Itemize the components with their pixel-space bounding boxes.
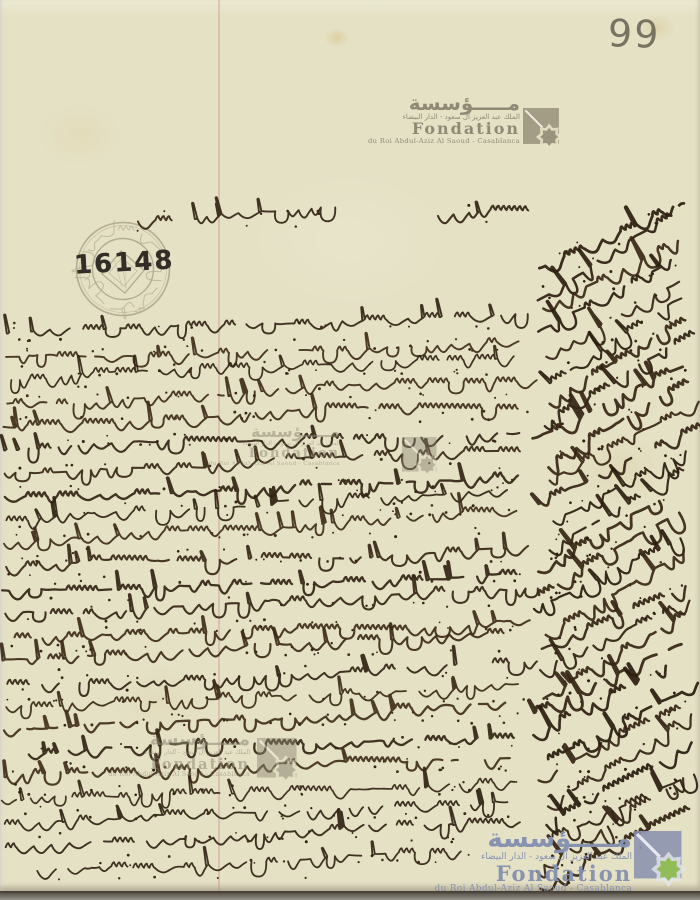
diacritic-dot xyxy=(409,513,412,516)
diacritic-dot xyxy=(347,653,350,656)
diacritic-dot xyxy=(503,722,506,725)
diacritic-dot xyxy=(168,855,171,858)
diacritic-dot xyxy=(184,434,186,436)
diacritic-dot xyxy=(566,520,569,523)
diacritic-dot xyxy=(110,558,112,560)
diacritic-dot xyxy=(76,809,79,812)
diacritic-dot xyxy=(454,786,456,788)
diacritic-dot xyxy=(158,369,161,372)
diacritic-dot xyxy=(638,447,641,450)
diacritic-dot xyxy=(18,791,21,794)
diacritic-dot xyxy=(639,597,642,600)
diacritic-dot xyxy=(80,580,82,582)
diacritic-dot xyxy=(326,560,329,563)
diacritic-dot xyxy=(249,620,251,622)
diacritic-dot xyxy=(313,584,315,586)
diacritic-dot xyxy=(617,242,620,245)
diacritic-dot xyxy=(445,672,447,674)
diacritic-dot xyxy=(18,467,21,470)
diacritic-dot xyxy=(243,806,246,809)
diacritic-dot xyxy=(414,490,417,493)
diacritic-dot xyxy=(7,573,10,576)
diacritic-dot xyxy=(492,700,495,703)
diacritic-dot xyxy=(58,668,61,671)
diacritic-dot xyxy=(38,396,40,398)
diacritic-dot xyxy=(663,499,665,501)
diacritic-dot xyxy=(421,719,424,722)
diacritic-dot xyxy=(311,648,314,651)
diacritic-dot xyxy=(618,797,621,800)
diacritic-dot xyxy=(293,338,296,341)
diacritic-dot xyxy=(163,487,166,490)
diacritic-dot xyxy=(188,370,191,373)
diacritic-dot xyxy=(205,696,208,699)
diacritic-dot xyxy=(597,485,600,488)
diacritic-dot xyxy=(158,326,160,328)
diacritic-dot xyxy=(59,652,61,654)
diacritic-dot xyxy=(670,377,674,381)
diacritic-dot xyxy=(393,502,396,505)
diacritic-dot xyxy=(181,505,183,507)
diacritic-dot xyxy=(447,627,449,629)
diacritic-dot xyxy=(306,583,309,586)
diacritic-dot xyxy=(270,419,272,421)
diacritic-dot xyxy=(225,438,228,441)
diacritic-dot xyxy=(431,580,434,583)
diacritic-dot xyxy=(615,541,618,544)
handwritten-line xyxy=(6,807,520,854)
diacritic-dot xyxy=(143,719,145,721)
diacritic-dot xyxy=(463,812,466,815)
diacritic-dot xyxy=(98,374,101,377)
diacritic-dot xyxy=(653,502,657,506)
diacritic-dot xyxy=(669,588,672,591)
diacritic-dot xyxy=(422,602,425,605)
diacritic-dot xyxy=(92,350,94,352)
diacritic-dot xyxy=(300,433,302,435)
diacritic-dot xyxy=(642,742,645,745)
diacritic-dot xyxy=(320,326,323,329)
diacritic-dot xyxy=(582,795,586,799)
diacritic-dot xyxy=(639,846,642,849)
diacritic-dot xyxy=(217,877,219,879)
diacritic-dot xyxy=(135,817,138,820)
diacritic-dot xyxy=(122,700,125,703)
diacritic-dot xyxy=(12,770,14,772)
diacritic-dot xyxy=(90,606,92,608)
diacritic-dot xyxy=(451,789,453,791)
diacritic-dot xyxy=(468,348,471,351)
diacritic-dot xyxy=(408,387,410,389)
diacritic-dot xyxy=(485,628,488,631)
diacritic-dot xyxy=(496,206,498,208)
diacritic-dot xyxy=(401,736,404,739)
diacritic-dot xyxy=(471,349,473,351)
diacritic-dot xyxy=(267,836,269,838)
diacritic-dot xyxy=(229,394,231,396)
diacritic-dot xyxy=(547,875,550,878)
diacritic-dot xyxy=(263,361,265,363)
diacritic-dot xyxy=(26,348,28,350)
diacritic-dot xyxy=(238,675,241,678)
paper-sheet: مـــــؤسسة الملك عبد العزيز آل سعود - ال… xyxy=(0,0,700,891)
diacritic-dot xyxy=(27,618,29,620)
diacritic-dot xyxy=(235,501,238,504)
diacritic-dot xyxy=(173,363,176,366)
diacritic-dot xyxy=(589,810,593,814)
diacritic-dot xyxy=(77,386,79,388)
diacritic-dot xyxy=(428,513,431,516)
diacritic-dot xyxy=(581,500,583,502)
diacritic-dot xyxy=(443,700,445,702)
diacritic-dot xyxy=(491,489,493,491)
diacritic-dot xyxy=(467,204,470,207)
diacritic-dot xyxy=(194,622,196,624)
diacritic-dot xyxy=(338,479,340,481)
handwriting-layer xyxy=(0,0,700,891)
diacritic-dot xyxy=(435,861,437,863)
diacritic-dot xyxy=(643,525,646,528)
diacritic-dot xyxy=(209,836,212,839)
diacritic-dot xyxy=(315,369,317,371)
diacritic-dot xyxy=(669,786,673,790)
diacritic-dot xyxy=(578,305,581,308)
diacritic-dot xyxy=(431,715,433,717)
diacritic-dot xyxy=(245,581,247,583)
diacritic-dot xyxy=(322,723,325,726)
diacritic-dot xyxy=(38,836,41,839)
diacritic-dot xyxy=(331,642,333,644)
diacritic-dot xyxy=(28,698,31,701)
diacritic-dot xyxy=(409,345,412,348)
diacritic-dot xyxy=(245,412,248,415)
diacritic-dot xyxy=(411,839,413,841)
diacritic-dot xyxy=(121,417,124,420)
diacritic-dot xyxy=(58,878,60,880)
diacritic-dot xyxy=(129,864,131,866)
diacritic-dot xyxy=(456,372,458,374)
diacritic-dot xyxy=(373,816,376,819)
diacritic-dot xyxy=(327,714,329,716)
handwritten-line xyxy=(530,183,698,277)
diacritic-dot xyxy=(228,596,230,598)
diacritic-dot xyxy=(456,369,458,371)
diacritic-dot xyxy=(396,347,398,349)
diacritic-dot xyxy=(283,860,285,862)
diacritic-dot xyxy=(13,322,16,325)
diacritic-dot xyxy=(499,467,501,469)
diacritic-dot xyxy=(263,558,265,560)
diacritic-dot xyxy=(50,597,53,600)
diacritic-dot xyxy=(145,646,147,648)
diacritic-dot xyxy=(380,458,383,461)
diacritic-dot xyxy=(442,675,444,677)
diacritic-dot xyxy=(282,818,284,820)
diacritic-dot xyxy=(211,532,214,535)
diacritic-dot xyxy=(684,700,687,703)
diacritic-dot xyxy=(413,602,415,604)
diacritic-dot xyxy=(557,867,559,869)
diacritic-dot xyxy=(578,668,580,670)
diacritic-dot xyxy=(149,744,151,746)
diacritic-dot xyxy=(506,677,508,679)
diacritic-dot xyxy=(558,732,560,734)
diacritic-dot xyxy=(65,559,67,561)
diacritic-dot xyxy=(81,538,83,540)
diacritic-dot xyxy=(468,854,470,856)
diacritic-dot xyxy=(472,504,475,507)
diacritic-dot xyxy=(248,443,251,446)
diacritic-dot xyxy=(342,514,344,516)
diacritic-dot xyxy=(332,602,335,605)
diacritic-dot xyxy=(235,392,238,395)
diacritic-dot xyxy=(442,412,444,414)
diacritic-dot xyxy=(468,789,471,792)
diacritic-dot xyxy=(82,645,85,648)
diacritic-dot xyxy=(139,535,141,537)
diacritic-dot xyxy=(181,715,183,717)
diacritic-dot xyxy=(226,514,228,516)
diacritic-dot xyxy=(673,792,677,796)
diacritic-dot xyxy=(233,745,236,748)
handwritten-line xyxy=(543,754,700,852)
diacritic-dot xyxy=(318,387,321,390)
diacritic-dot xyxy=(471,418,474,421)
diacritic-dot xyxy=(679,454,682,457)
diacritic-dot xyxy=(156,440,159,443)
handwritten-line xyxy=(543,378,696,477)
diacritic-dot xyxy=(59,832,62,835)
handwritten-line xyxy=(4,394,518,432)
diacritic-dot xyxy=(347,817,349,819)
diacritic-dot xyxy=(310,807,312,809)
stamp-legend-text xyxy=(118,226,134,230)
diacritic-dot xyxy=(474,527,476,529)
diacritic-dot xyxy=(372,604,375,607)
handwritten-line xyxy=(29,724,514,760)
diacritic-dot xyxy=(304,665,307,668)
diacritic-dot xyxy=(356,490,358,492)
diacritic-dot xyxy=(134,794,137,797)
diacritic-dot xyxy=(266,512,268,514)
diacritic-dot xyxy=(24,812,27,815)
diacritic-dot xyxy=(250,859,253,862)
diacritic-dot xyxy=(254,862,256,864)
diacritic-dot xyxy=(288,369,290,371)
diacritic-dot xyxy=(284,804,286,806)
diacritic-dot xyxy=(153,876,156,879)
diacritic-dot xyxy=(381,859,384,862)
diacritic-dot xyxy=(82,440,85,443)
diacritic-dot xyxy=(218,536,220,538)
diacritic-dot xyxy=(588,553,591,556)
handwritten-line xyxy=(192,197,335,223)
diacritic-dot xyxy=(171,713,173,715)
diacritic-dot xyxy=(78,573,81,576)
diacritic-dot xyxy=(127,675,129,677)
diacritic-dot xyxy=(664,454,668,458)
handwritten-line xyxy=(4,695,505,737)
diacritic-dot xyxy=(198,840,201,843)
scanner-bed-strip xyxy=(0,891,700,900)
diacritic-dot xyxy=(475,325,477,327)
diacritic-dot xyxy=(515,840,518,843)
diacritic-dot xyxy=(105,626,108,629)
diacritic-dot xyxy=(680,584,683,587)
diacritic-dot xyxy=(485,221,487,223)
diacritic-dot xyxy=(570,844,573,847)
diacritic-dot xyxy=(25,416,28,419)
diacritic-dot xyxy=(253,394,256,397)
diacritic-dot xyxy=(13,327,15,329)
diacritic-dot xyxy=(610,547,613,550)
diacritic-dot xyxy=(676,727,679,730)
diacritic-dot xyxy=(406,758,408,760)
diacritic-dot xyxy=(178,714,180,716)
manuscript-scan-page: مـــــؤسسة الملك عبد العزيز آل سعود - ال… xyxy=(0,0,700,900)
diacritic-dot xyxy=(281,815,283,817)
diacritic-dot xyxy=(209,465,211,467)
diacritic-dot xyxy=(40,650,43,653)
diacritic-dot xyxy=(299,559,302,562)
diacritic-dot xyxy=(162,698,164,700)
diacritic-dot xyxy=(124,502,126,504)
diacritic-dot xyxy=(496,486,498,488)
diacritic-dot xyxy=(337,747,339,749)
diacritic-dot xyxy=(205,583,208,586)
diacritic-dot xyxy=(506,394,508,396)
diacritic-dot xyxy=(560,864,563,867)
diacritic-dot xyxy=(396,770,399,773)
diacritic-dot xyxy=(318,212,321,215)
diacritic-dot xyxy=(77,488,79,490)
diacritic-dot xyxy=(457,720,460,723)
diacritic-dot xyxy=(605,361,609,365)
diacritic-dot xyxy=(201,789,203,791)
diacritic-dot xyxy=(517,712,519,714)
diacritic-dot xyxy=(498,650,501,653)
diacritic-dot xyxy=(72,552,74,554)
diacritic-dot xyxy=(316,467,318,469)
diacritic-dot xyxy=(125,653,127,655)
diacritic-dot xyxy=(507,815,510,818)
handwritten-line xyxy=(6,333,519,367)
diacritic-dot xyxy=(368,417,370,419)
diacritic-dot xyxy=(512,626,514,628)
diacritic-dot xyxy=(396,859,398,861)
diacritic-dot xyxy=(558,533,560,535)
diacritic-dot xyxy=(118,785,120,787)
diacritic-dot xyxy=(458,746,460,748)
diacritic-dot xyxy=(223,548,225,550)
diacritic-dot xyxy=(625,514,629,518)
diacritic-dot xyxy=(18,338,21,341)
diacritic-dot xyxy=(284,654,287,657)
diacritic-dot xyxy=(522,698,525,701)
diacritic-dot xyxy=(659,348,663,352)
handwritten-line xyxy=(438,202,528,224)
diacritic-dot xyxy=(104,463,106,465)
diacritic-dot xyxy=(189,444,191,446)
diacritic-dot xyxy=(584,852,588,856)
diacritic-dot xyxy=(485,373,488,376)
diacritic-dot xyxy=(449,442,451,444)
diacritic-dot xyxy=(118,877,120,879)
diacritic-dot xyxy=(343,339,345,341)
diacritic-dot xyxy=(183,339,185,341)
diacritic-dot xyxy=(586,554,589,557)
diacritic-dot xyxy=(558,591,561,594)
diacritic-dot xyxy=(89,648,92,651)
diacritic-dot xyxy=(635,706,639,710)
diacritic-dot xyxy=(18,526,21,529)
diacritic-dot xyxy=(670,457,672,459)
diacritic-dot xyxy=(447,836,449,838)
diacritic-dot xyxy=(11,645,14,648)
diacritic-dot xyxy=(136,621,138,623)
diacritic-dot xyxy=(509,629,512,632)
diacritic-dot xyxy=(428,462,430,464)
handwritten-line xyxy=(5,439,520,485)
diacritic-dot xyxy=(106,435,108,437)
diacritic-dot xyxy=(28,339,31,342)
handwritten-line xyxy=(530,419,700,510)
handwritten-line xyxy=(7,375,536,418)
diacritic-dot xyxy=(225,758,227,760)
diacritic-dot xyxy=(69,762,71,764)
diacritic-dot xyxy=(301,794,303,796)
diacritic-dot xyxy=(70,485,72,487)
diacritic-dot xyxy=(136,722,138,724)
diacritic-dot xyxy=(243,533,246,536)
diacritic-dot xyxy=(246,651,249,654)
diacritic-dot xyxy=(634,339,638,343)
diacritic-dot xyxy=(470,722,473,725)
diacritic-dot xyxy=(449,742,452,745)
diacritic-dot xyxy=(322,698,325,701)
diacritic-dot xyxy=(266,696,268,698)
diacritic-dot xyxy=(567,785,571,789)
diacritic-dot xyxy=(490,560,493,563)
diacritic-dot xyxy=(335,621,337,623)
diacritic-dot xyxy=(172,792,175,795)
diacritic-dot xyxy=(314,653,316,655)
diacritic-dot xyxy=(213,673,216,676)
diacritic-dot xyxy=(125,766,127,768)
diacritic-dot xyxy=(71,464,74,467)
diacritic-dot xyxy=(21,365,24,368)
diacritic-dot xyxy=(392,510,394,512)
diacritic-dot xyxy=(600,657,603,660)
diacritic-dot xyxy=(349,396,352,399)
diacritic-dot xyxy=(99,862,101,864)
diacritic-dot xyxy=(667,713,670,716)
diacritic-dot xyxy=(311,621,313,623)
diacritic-dot xyxy=(226,719,228,721)
diacritic-dot xyxy=(33,536,35,538)
diacritic-dot xyxy=(372,653,375,656)
diacritic-dot xyxy=(365,605,367,607)
diacritic-dot xyxy=(549,596,553,600)
diacritic-dot xyxy=(186,345,188,347)
diacritic-dot xyxy=(508,509,510,511)
diacritic-dot xyxy=(65,464,68,467)
diacritic-dot xyxy=(311,536,313,538)
diacritic-dot xyxy=(40,806,42,808)
stamp-registry-number: 16148 xyxy=(73,245,175,280)
diacritic-dot xyxy=(83,765,86,768)
diacritic-dot xyxy=(556,763,559,766)
